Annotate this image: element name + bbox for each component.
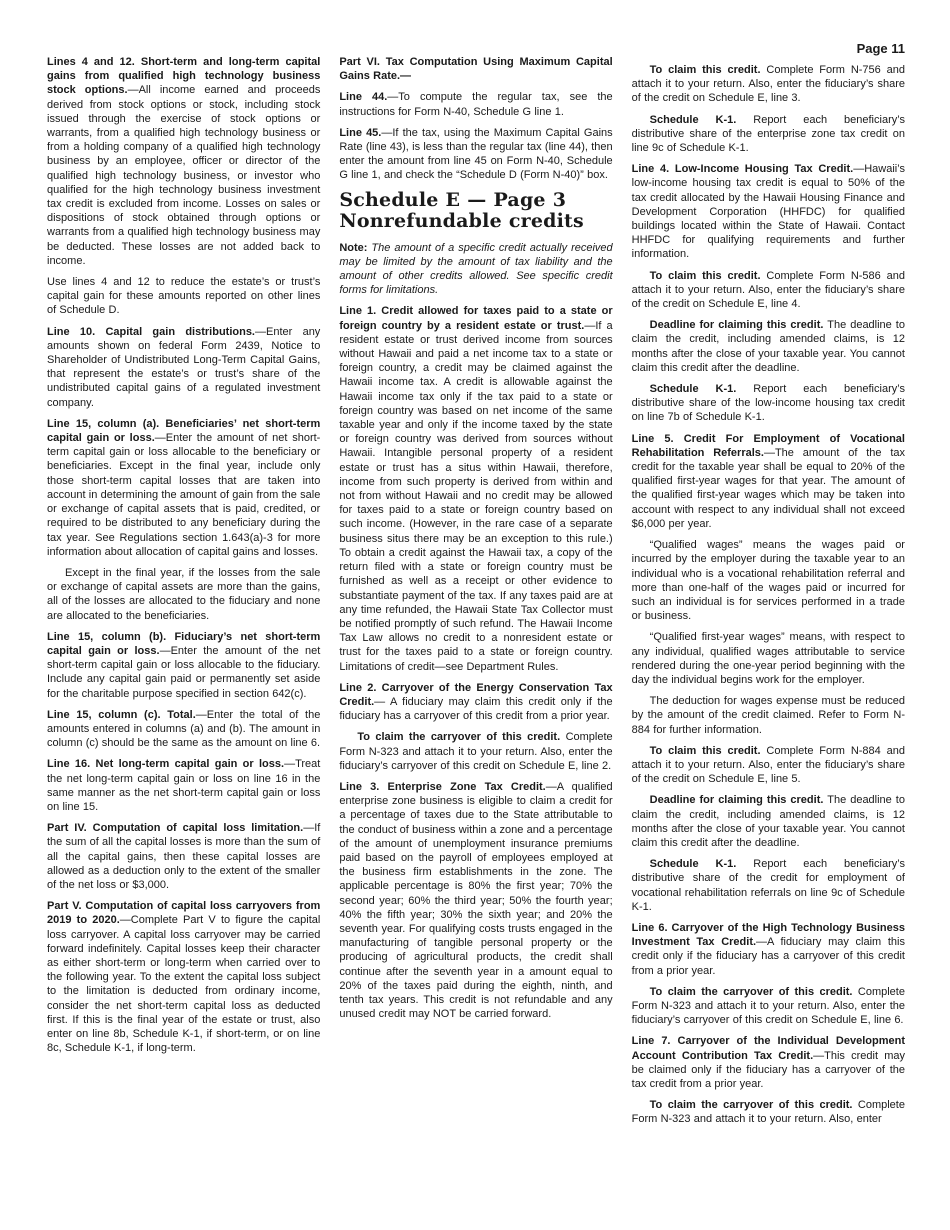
columns-container: Lines 4 and 12. Short-term and long-term… xyxy=(47,55,905,1134)
text-run: “Qualified wages” means the wages paid o… xyxy=(632,539,905,622)
paragraph: Line 6. Carryover of the High Technology… xyxy=(632,921,905,978)
paragraph: Line 10. Capital gain distributions.—Ent… xyxy=(47,325,320,410)
text-run: Line 4. Low-Income Housing Tax Credit. xyxy=(632,163,854,175)
text-run: —Enter any amounts shown on federal Form… xyxy=(47,326,320,409)
paragraph: Deadline for claiming this credit. The d… xyxy=(632,793,905,850)
text-run: Part IV. Computation of capital loss lim… xyxy=(47,822,303,834)
section-heading: Schedule E — Page 3 xyxy=(339,190,612,211)
paragraph: Use lines 4 and 12 to reduce the estate’… xyxy=(47,275,320,318)
paragraph: Line 7. Carryover of the Individual Deve… xyxy=(632,1034,905,1091)
paragraph: Part IV. Computation of capital loss lim… xyxy=(47,821,320,892)
text-run: Schedule E — Page 3 xyxy=(339,189,566,211)
paragraph: Line 15, column (c). Total.—Enter the to… xyxy=(47,708,320,751)
text-run: —The amount of the tax credit for the ta… xyxy=(632,447,905,530)
text-run: To claim this credit. xyxy=(650,64,761,76)
paragraph: Schedule K-1. Report each beneficiary’s … xyxy=(632,382,905,425)
paragraph: Note: The amount of a specific credit ac… xyxy=(339,241,612,298)
text-run: — A fiduciary may claim this credit only… xyxy=(339,696,612,722)
paragraph: Lines 4 and 12. Short-term and long-term… xyxy=(47,55,320,268)
paragraph: To claim this credit. Complete Form N-88… xyxy=(632,744,905,787)
paragraph: Schedule K-1. Report each beneficiary’s … xyxy=(632,113,905,156)
paragraph: Part V. Computation of capital loss carr… xyxy=(47,899,320,1055)
paragraph: To claim this credit. Complete Form N-75… xyxy=(632,63,905,106)
text-run: Schedule K-1. xyxy=(650,114,737,126)
document-page: Page 11 Lines 4 and 12. Short-term and l… xyxy=(0,0,950,1230)
text-run: Line 45. xyxy=(339,127,381,139)
text-run: Line 3. Enterprise Zone Tax Credit. xyxy=(339,781,545,793)
paragraph: Line 16. Net long-term capital gain or l… xyxy=(47,757,320,814)
paragraph: “Qualified wages” means the wages paid o… xyxy=(632,538,905,623)
paragraph: To claim this credit. Complete Form N-58… xyxy=(632,269,905,312)
paragraph: Line 3. Enterprise Zone Tax Credit.—A qu… xyxy=(339,780,612,1021)
paragraph: Line 5. Credit For Employment of Vocatio… xyxy=(632,432,905,531)
text-run: Deadline for claiming this credit. xyxy=(650,319,824,331)
paragraph: Line 2. Carryover of the Energy Conserva… xyxy=(339,681,612,724)
text-run: —A qualified enterprise zone business is… xyxy=(339,781,612,1020)
text-run: —Complete Part V to figure the capital l… xyxy=(47,914,320,1054)
text-run: The deduction for wages expense must be … xyxy=(632,695,905,735)
paragraph: Line 15, column (a). Beneficiaries’ net … xyxy=(47,417,320,559)
text-run: Line 16. Net long-term capital gain or l… xyxy=(47,758,284,770)
text-run: Line 44. xyxy=(339,91,387,103)
page-number: Page 11 xyxy=(857,41,905,56)
text-run: Note: xyxy=(339,242,367,254)
paragraph: Line 1. Credit allowed for taxes paid to… xyxy=(339,304,612,673)
paragraph: The deduction for wages expense must be … xyxy=(632,694,905,737)
column-center: Part VI. Tax Computation Using Maximum C… xyxy=(339,55,612,1134)
paragraph: To claim the carryover of this credit. C… xyxy=(632,1098,905,1126)
text-run: Line 1. Credit allowed for taxes paid to… xyxy=(339,305,612,331)
text-run: —All income earned and proceeds derived … xyxy=(47,84,320,266)
text-run: —If the tax, using the Maximum Capital G… xyxy=(339,127,612,182)
paragraph: Line 15, column (b). Fiduciary’s net sho… xyxy=(47,630,320,701)
paragraph: To claim the carryover of this credit. C… xyxy=(632,985,905,1028)
text-run: Nonrefundable credits xyxy=(339,210,584,232)
paragraph: Line 44.—To compute the regular tax, see… xyxy=(339,90,612,118)
text-run: Line 10. Capital gain distributions. xyxy=(47,326,255,338)
text-run: To claim the carryover of this credit. xyxy=(650,1099,853,1111)
text-run: Schedule K-1. xyxy=(650,858,737,870)
text-run: To claim the carryover of this credit. xyxy=(650,986,853,998)
paragraph: “Qualified first-year wages” means, with… xyxy=(632,630,905,687)
text-run: Line 15, column (c). Total. xyxy=(47,709,196,721)
text-run: “Qualified first-year wages” means, with… xyxy=(632,631,905,686)
text-run: —Enter the amount of net short-term capi… xyxy=(47,432,320,558)
paragraph: Part VI. Tax Computation Using Maximum C… xyxy=(339,55,612,83)
text-run: —Hawaii’s low-income housing tax credit … xyxy=(632,163,905,260)
text-run: Schedule K-1. xyxy=(650,383,737,395)
text-run: To claim this credit. xyxy=(650,745,761,757)
text-run: The amount of a specific credit actually… xyxy=(339,242,612,297)
text-run: To claim this credit. xyxy=(650,270,761,282)
text-run: Except in the final year, if the losses … xyxy=(47,567,320,622)
section-heading: Nonrefundable credits xyxy=(339,211,612,232)
column-right: To claim this credit. Complete Form N-75… xyxy=(632,55,905,1134)
paragraph: Schedule K-1. Report each beneficiary’s … xyxy=(632,857,905,914)
text-run: Part VI. Tax Computation Using Maximum C… xyxy=(339,56,612,82)
paragraph: To claim the carryover of this credit. C… xyxy=(339,730,612,773)
text-run: To claim the carryover of this credit. xyxy=(357,731,560,743)
text-run: Use lines 4 and 12 to reduce the estate’… xyxy=(47,276,320,316)
paragraph: Deadline for claiming this credit. The d… xyxy=(632,318,905,375)
column-left: Lines 4 and 12. Short-term and long-term… xyxy=(47,55,320,1134)
text-run: Deadline for claiming this credit. xyxy=(650,794,824,806)
text-run: —If a resident estate or trust derived i… xyxy=(339,320,612,673)
paragraph: Line 45.—If the tax, using the Maximum C… xyxy=(339,126,612,183)
paragraph: Line 4. Low-Income Housing Tax Credit.—H… xyxy=(632,162,905,261)
paragraph: Except in the final year, if the losses … xyxy=(47,566,320,623)
